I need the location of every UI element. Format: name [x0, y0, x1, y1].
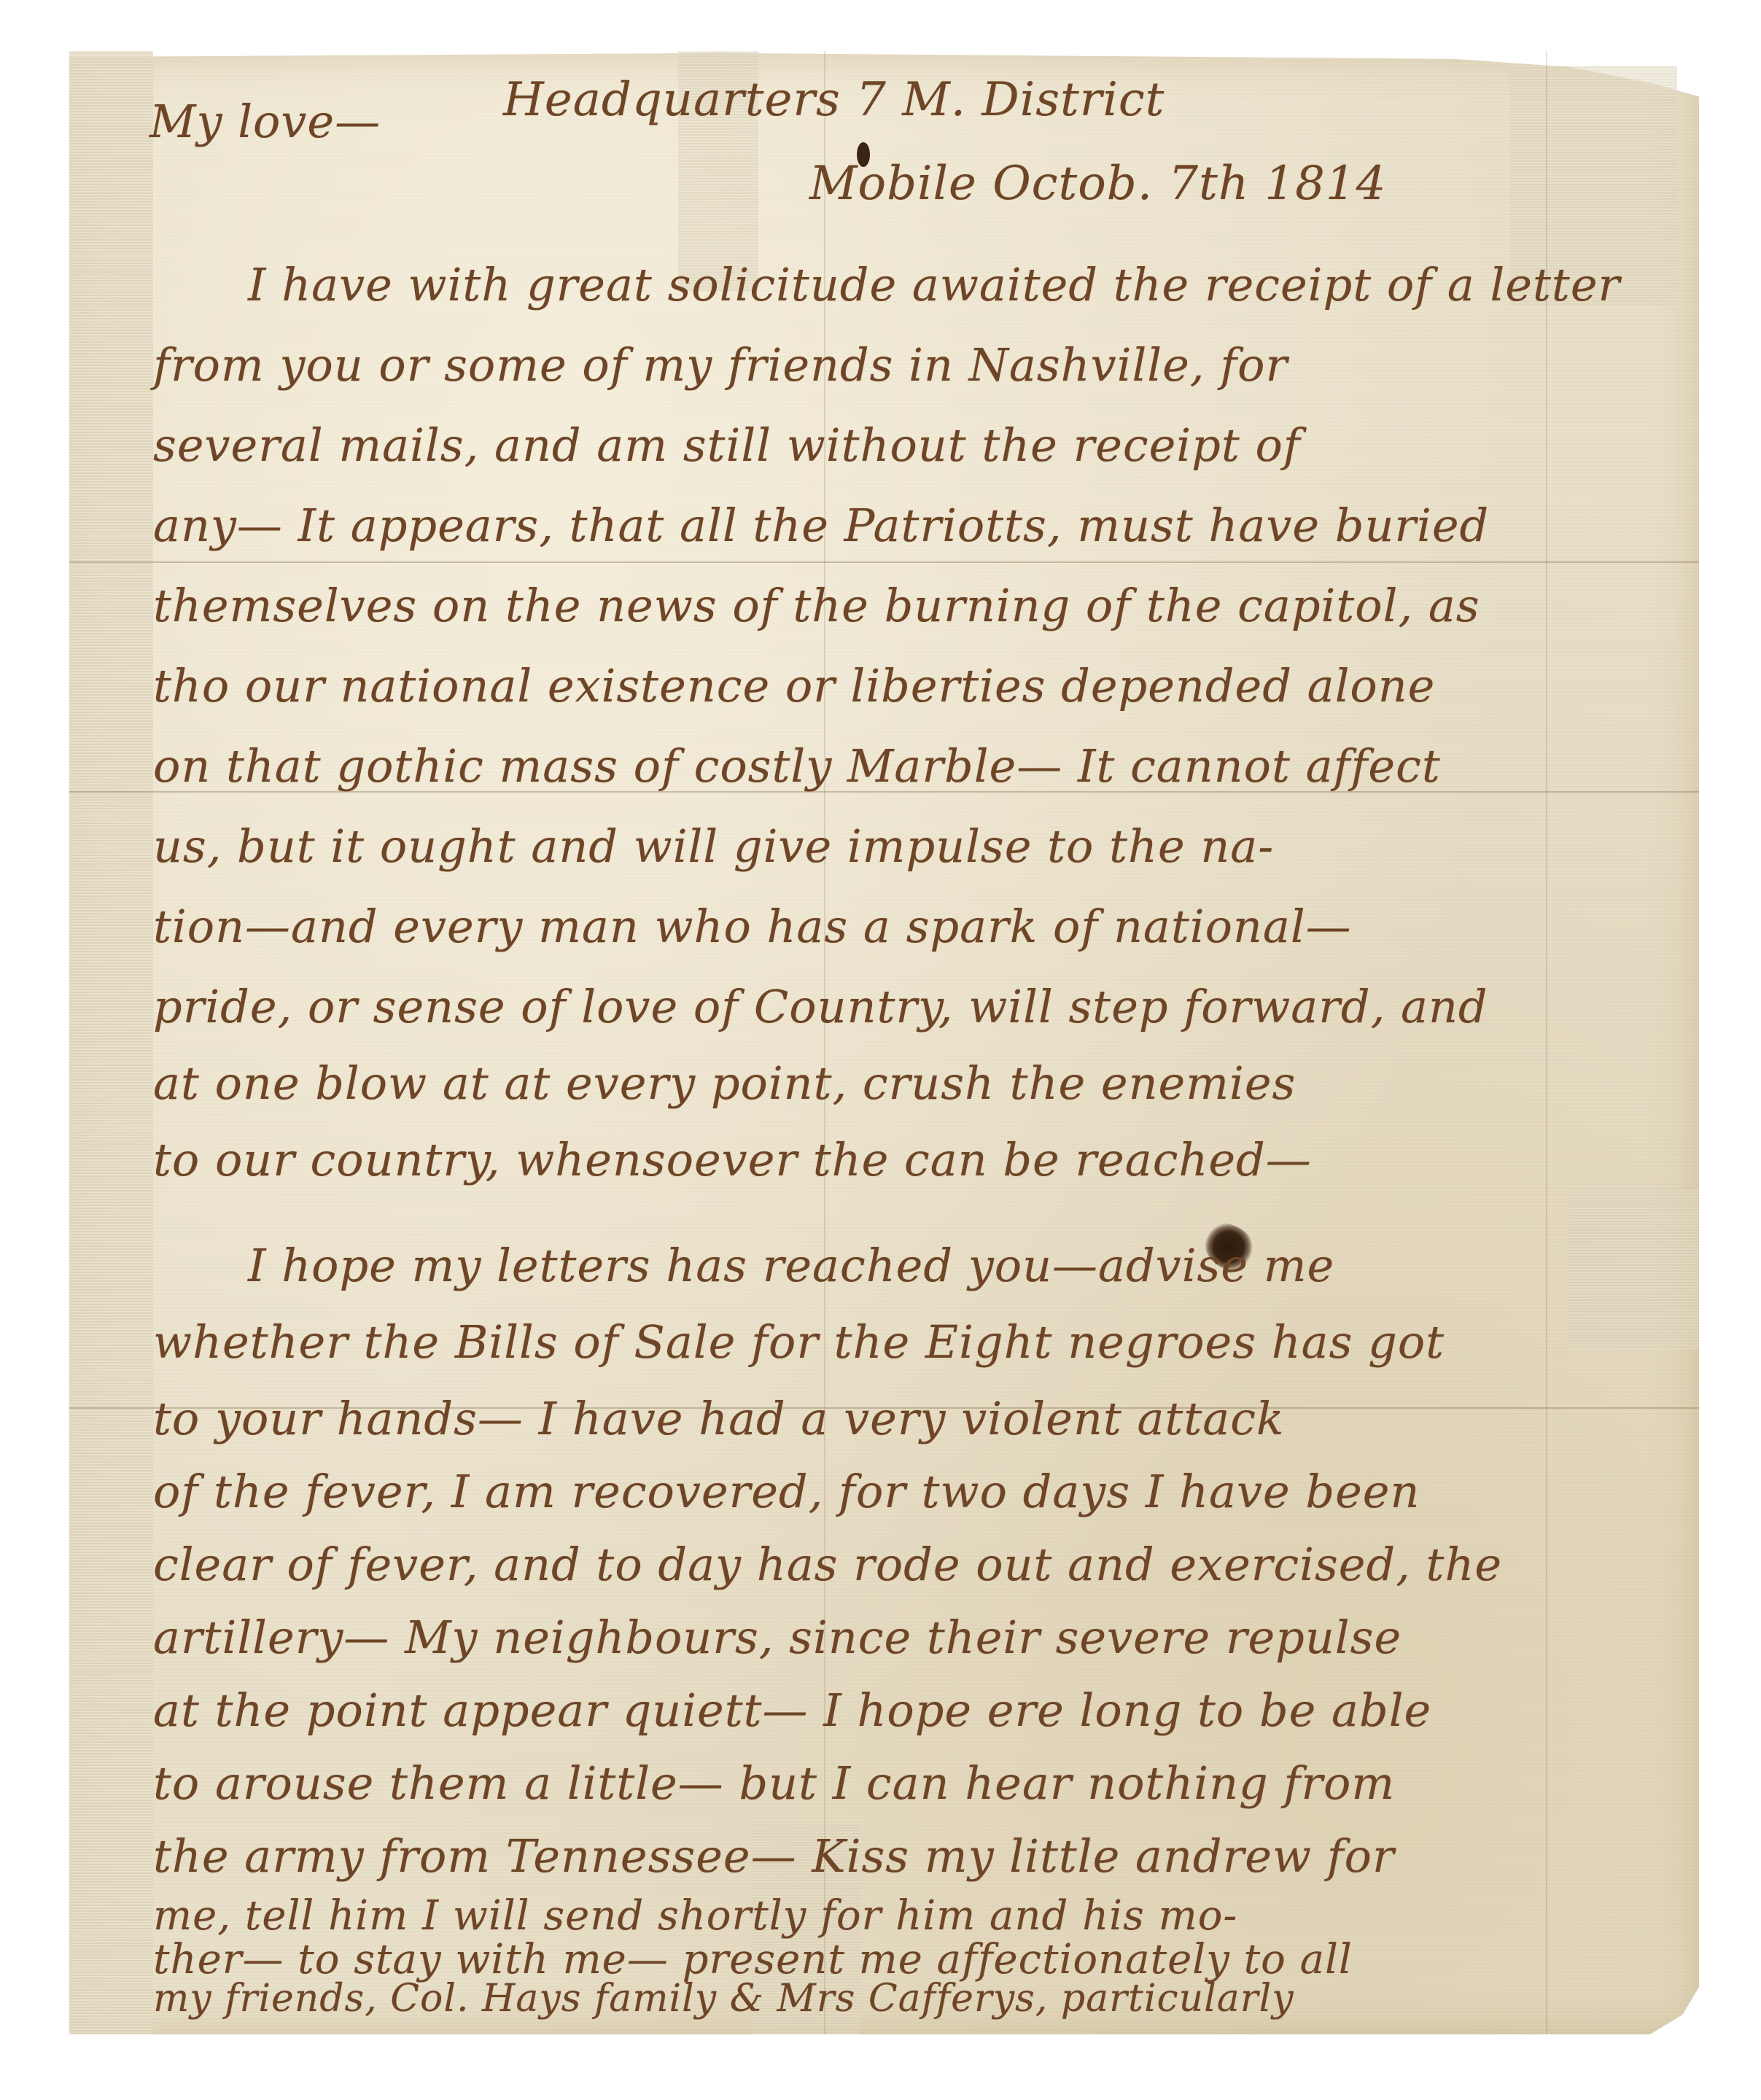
letter-line: ther— to stay with me— present me affect…: [153, 1940, 1353, 1980]
letter-line: themselves on the news of the burning of…: [153, 583, 1480, 629]
letter-line: any— It appears, that all the Patriotts,…: [153, 503, 1489, 548]
letter-line: I hope my letters has reached you—advise…: [248, 1243, 1334, 1288]
letter-line: pride, or sense of love of Country, will…: [153, 984, 1488, 1030]
letter-line: to our country, whensoever the can be re…: [153, 1137, 1312, 1183]
letter-line: several mails, and am still without the …: [153, 423, 1301, 468]
letter-dateline: Mobile Octob. 7th 1814: [809, 157, 1386, 211]
letter-line: tho our national existence or liberties …: [153, 664, 1435, 709]
letter-line: artillery— My neighbours, since their se…: [153, 1615, 1402, 1660]
letter-heading-place: Headquarters 7 M. District: [503, 73, 1165, 127]
letter-salutation: My love—: [149, 95, 381, 148]
letter-line: tion—and every man who has a spark of na…: [153, 904, 1352, 949]
letter-line: us, but it ought and will give impulse t…: [153, 824, 1274, 869]
letter-line: of the fever, I am recovered, for two da…: [153, 1469, 1420, 1514]
fold-crease: [1546, 51, 1547, 2034]
letter-line: I have with great solicitude awaited the…: [248, 262, 1620, 308]
fold-crease: [69, 561, 1699, 563]
letter-line: the army from Tennessee— Kiss my little …: [153, 1834, 1395, 1879]
repair-tape: [1568, 1189, 1699, 1349]
letter-line: my friends, Col. Hays family & Mrs Caffe…: [153, 1980, 1294, 2018]
letter-line: to your hands— I have had a very violent…: [153, 1396, 1285, 1442]
letter-line: to arouse them a little— but I can hear …: [153, 1761, 1395, 1806]
letter-line: at the point appear quiett— I hope ere l…: [153, 1688, 1431, 1733]
letter-line: on that gothic mass of costly Marble— It…: [153, 744, 1441, 789]
letter-line: whether the Bills of Sale for the Eight …: [153, 1320, 1445, 1365]
letter-line: clear of fever, and to day has rode out …: [153, 1542, 1502, 1587]
binding-hinge-strip: [69, 51, 153, 2034]
letter-line: me, tell him I will send shortly for him…: [153, 1896, 1237, 1937]
letter-line: at one blow at at every point, crush the…: [153, 1061, 1296, 1106]
letter-line: from you or some of my friends in Nashvi…: [153, 343, 1288, 388]
